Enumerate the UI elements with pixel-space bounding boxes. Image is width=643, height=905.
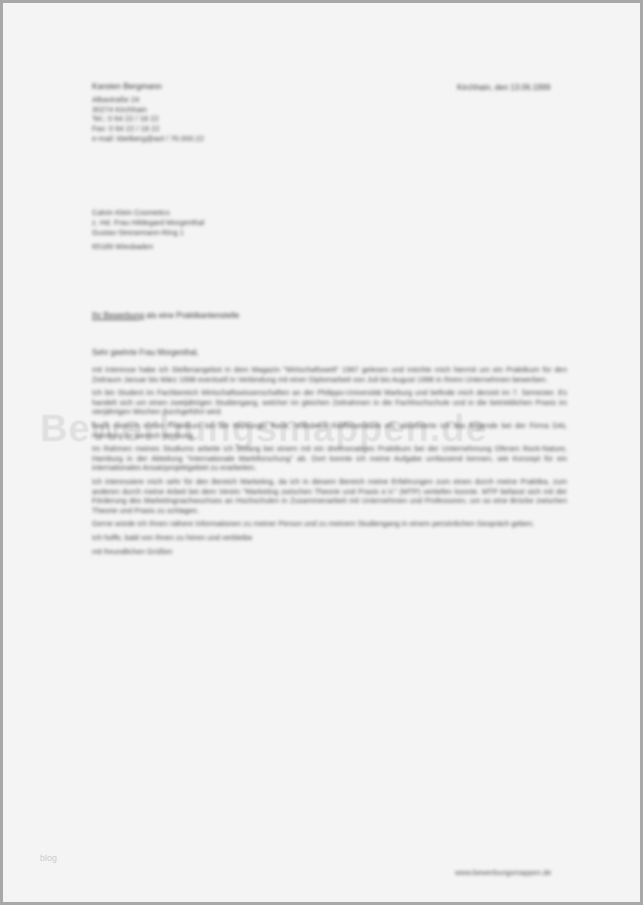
sender-line: 30274 Kirchhain xyxy=(92,105,204,115)
paragraph: mit Interesse habe ich Stellenangebot in… xyxy=(92,365,567,384)
recipient-line: Calvin Klein Cosmetics xyxy=(92,208,204,218)
subject-line: Ihr Bewerbung als eine Praktikantenstell… xyxy=(92,311,239,320)
sender-line: Fax: 0 64 22 / 18 22 xyxy=(92,124,204,134)
sender-name: Karsten Bergmann xyxy=(92,82,204,92)
salutation: Sehr geehrte Frau Morgenthal, xyxy=(92,348,199,357)
paragraph: Im Rahmen meines Studiums arbeite ich bi… xyxy=(92,444,567,473)
sender-line: e-mail: kbelberg@aol / 76.000.22 xyxy=(92,134,204,144)
blog-label: blog xyxy=(40,853,57,863)
sender-line: Tel.: 0 64 22 / 18 22 xyxy=(92,114,204,124)
recipient-line: Gustav-Stresemann-Ring 1 xyxy=(92,228,204,238)
paragraph: Ich interessiere mich sehr für den Berei… xyxy=(92,477,567,515)
recipient-block: Calvin Klein Cosmetics z. Hd. Frau Hilde… xyxy=(92,208,204,252)
paragraph: Ich bin Student im Fachbereich Wirtschaf… xyxy=(92,388,567,417)
paragraph: Ich hoffe, bald von Ihnen zu hören und v… xyxy=(92,533,567,543)
paragraph: Nach meinem ersten Praktikum bei der Mar… xyxy=(92,421,567,440)
letter-body: mit Interesse habe ich Stellenangebot in… xyxy=(92,365,567,560)
sender-block: Karsten Bergmann Albastraße 24 30274 Kir… xyxy=(92,82,204,144)
recipient-city: 65189 Wiesbaden xyxy=(92,242,204,252)
letter-date: Kirchhain, den 13.06.1999 xyxy=(457,83,550,92)
footer-url: www.bewerbungsmappen.de xyxy=(455,868,551,877)
recipient-line: z. Hd. Frau Hildegard Morgenthal xyxy=(92,218,204,228)
sender-line: Albastraße 24 xyxy=(92,95,204,105)
subject-rest: als eine Praktikantenstelle xyxy=(144,311,239,320)
closing: mit freundlichen Grüßen xyxy=(92,547,567,557)
paragraph: Gerne würde ich Ihnen nähere Information… xyxy=(92,519,567,529)
subject-underlined: Ihr Bewerbung xyxy=(92,311,144,320)
